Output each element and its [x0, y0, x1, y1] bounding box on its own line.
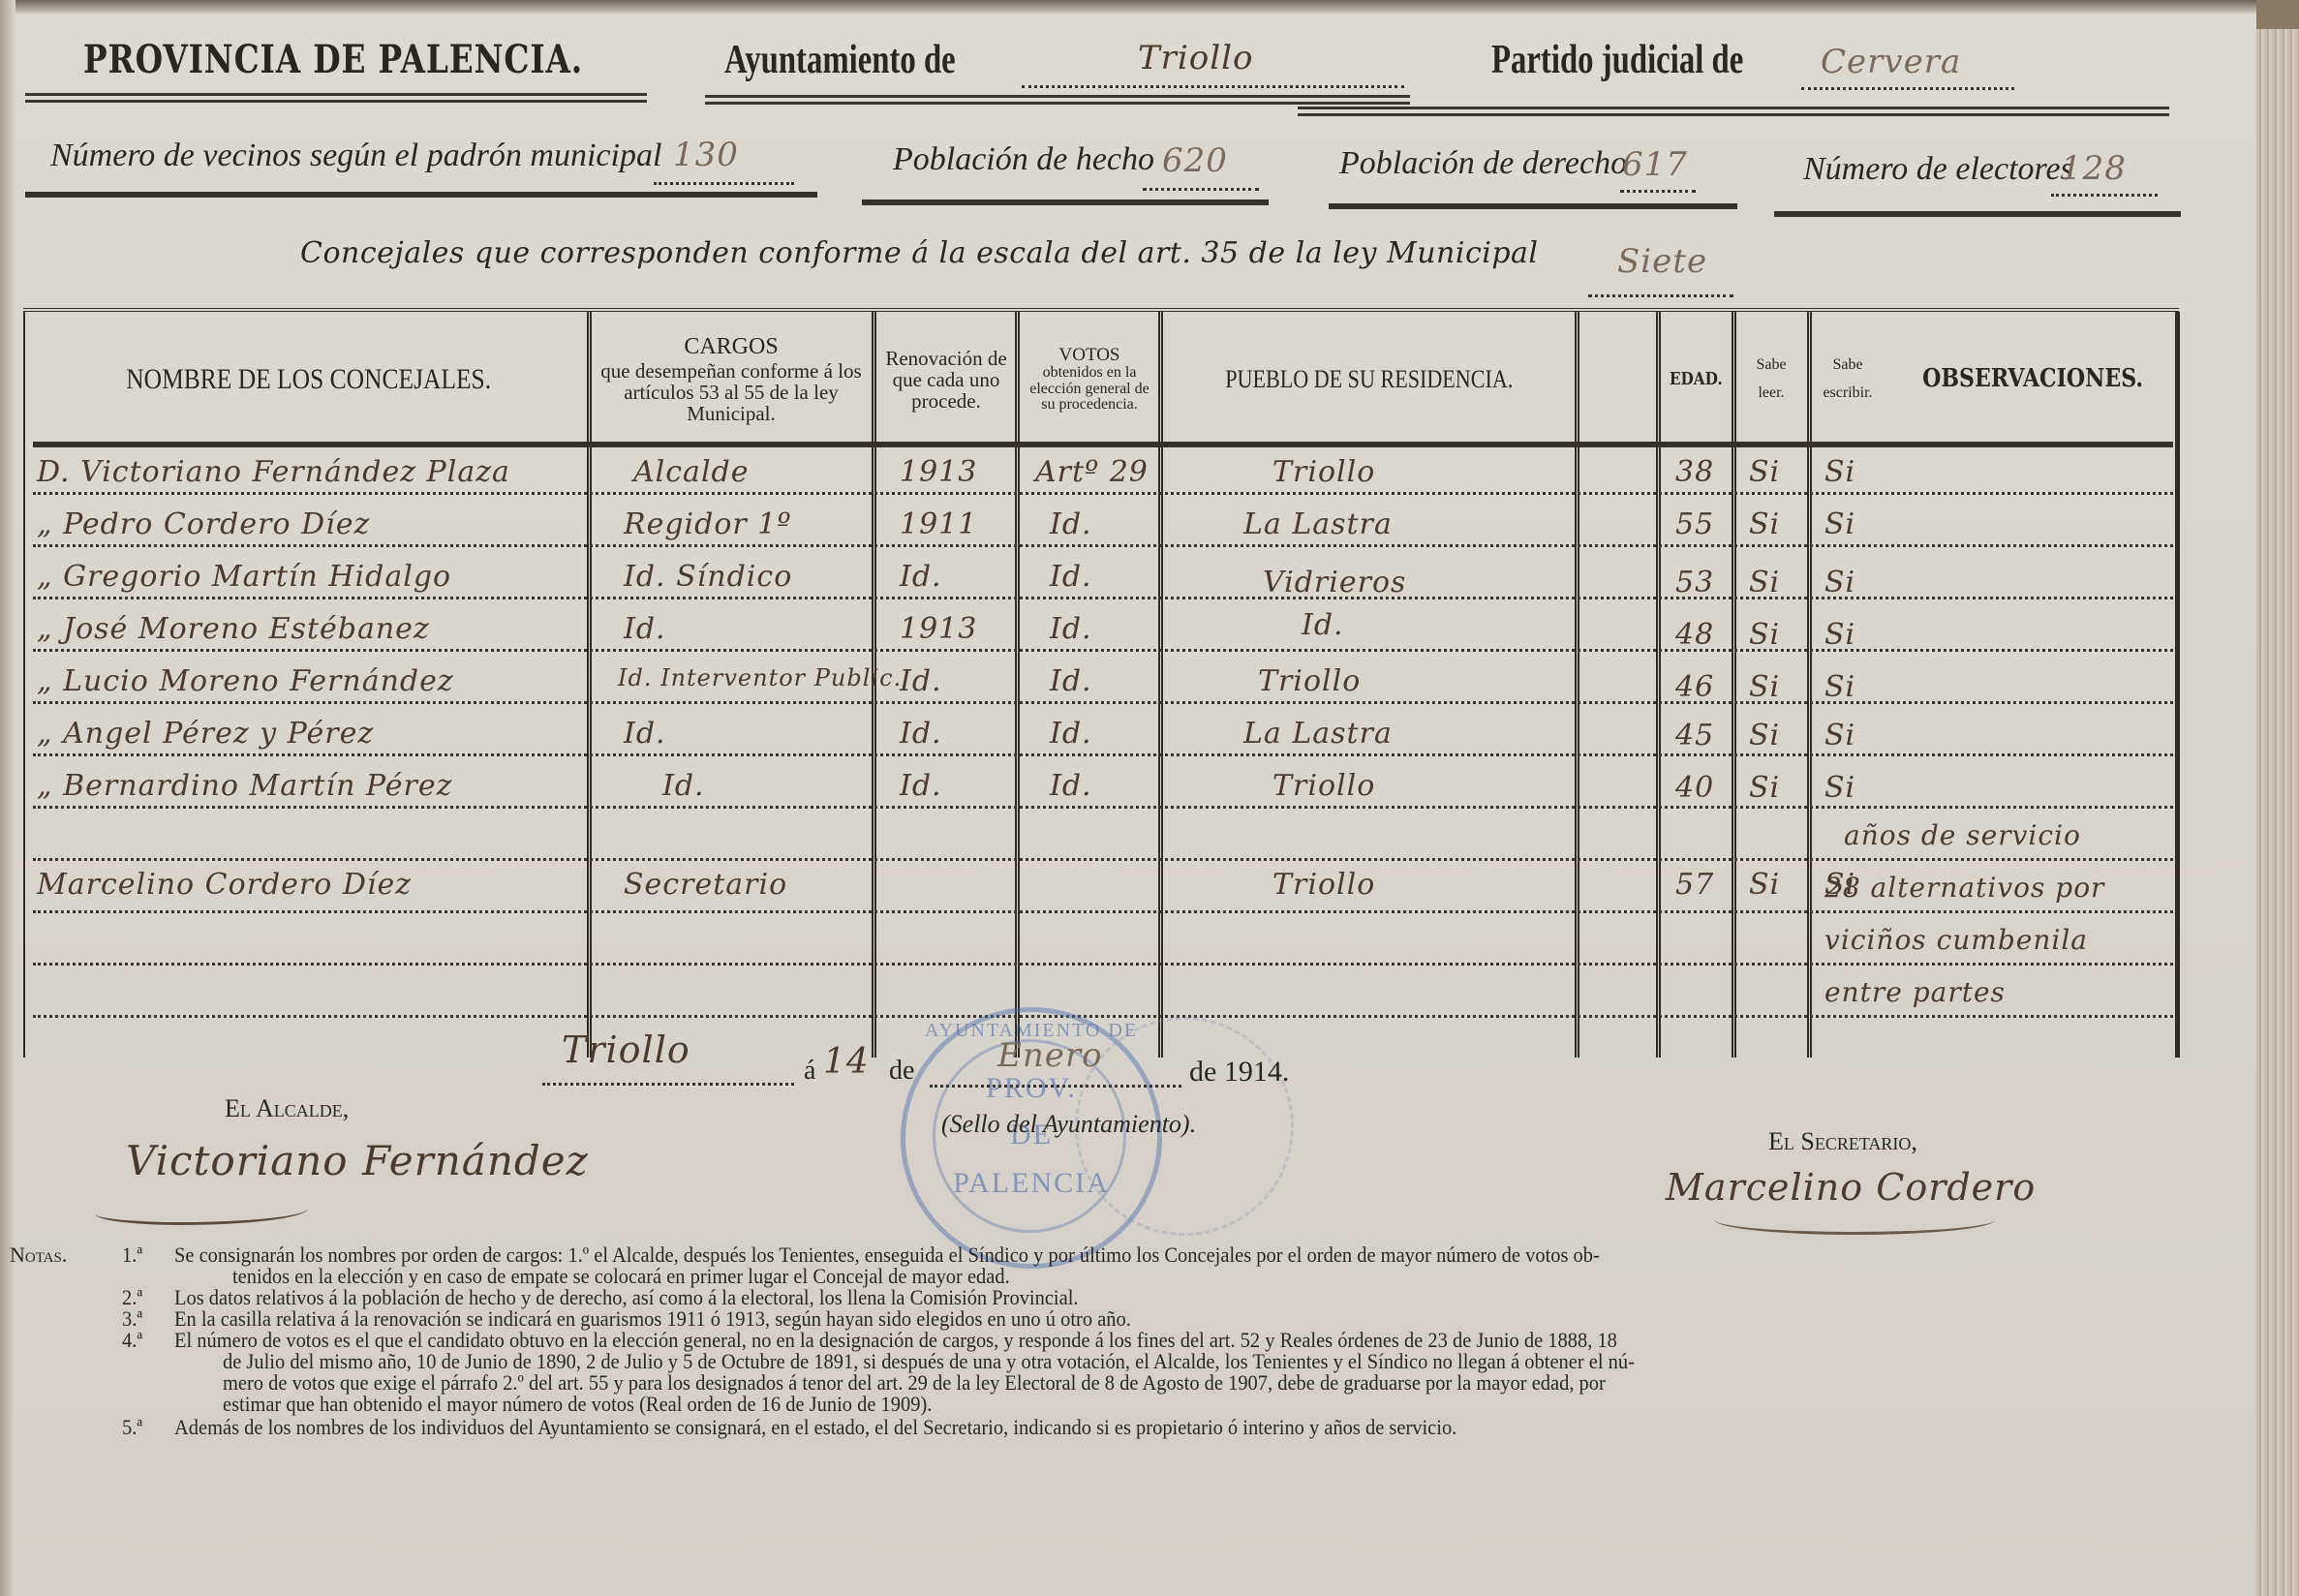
place-field: Triollo	[542, 1073, 794, 1086]
note-5-text: Además de los nombres de los individuos …	[174, 1418, 1456, 1437]
header-edad: EDAD.	[1662, 322, 1730, 438]
row-rule	[33, 1015, 2173, 1018]
concejales-value: Siete	[1617, 242, 1707, 281]
row-7-edad: 57	[1675, 868, 1714, 902]
electores-field: 128	[2051, 180, 2158, 197]
row-rule	[33, 858, 2173, 861]
observation-line-4: entre partes	[1824, 976, 2006, 1008]
header-text: VOTOS	[1059, 346, 1120, 365]
header-cargos: CARGOS que desempeñan conforme á los art…	[593, 322, 870, 438]
row-4-cargo: Id. Interventor Public.	[618, 664, 902, 691]
row-4-edad: 46	[1675, 670, 1714, 704]
day-value: 14	[823, 1042, 870, 1082]
note-4-cont: de Julio del mismo año, 10 de Junio de 1…	[223, 1352, 1635, 1371]
concejales-label: Concejales que corresponden conforme á l…	[300, 236, 1539, 270]
column-rule	[587, 312, 592, 1058]
concejales-table: NOMBRE DE LOS CONCEJALES. CARGOS que des…	[23, 308, 2179, 1058]
secretario-signature: Marcelino Cordero	[1666, 1166, 2036, 1209]
row-1-pueblo: La Lastra	[1243, 507, 1393, 541]
province-title: PROVINCIA DE PALENCIA.	[83, 37, 583, 82]
book-page-edges	[2256, 29, 2299, 1596]
note-5-num: 5.ª	[122, 1418, 142, 1437]
row-6-votos: Id.	[1050, 769, 1092, 803]
partido-label: Partido judicial de	[1491, 37, 1743, 83]
row-1-leer: Si	[1749, 507, 1780, 541]
header-observaciones: OBSERVACIONES.	[1815, 322, 2173, 438]
row-3-votos: Id.	[1050, 612, 1092, 646]
vecinos-label: Número de vecinos según el padrón munici…	[50, 138, 661, 174]
signature-flourish	[95, 1197, 308, 1225]
de-label: de	[889, 1056, 914, 1087]
row-3-escribir: Si	[1824, 618, 1855, 652]
binding-shadow	[0, 0, 15, 1596]
row-0-escribir: Si	[1824, 455, 1855, 489]
header-text: EDAD.	[1670, 371, 1723, 389]
note-2-num: 2.ª	[122, 1288, 142, 1307]
divider	[25, 192, 817, 198]
row-6-edad: 40	[1675, 771, 1714, 805]
row-0-edad: 38	[1675, 455, 1714, 489]
row-1-nombre: „ Pedro Cordero Díez	[37, 507, 370, 541]
header-nombre: NOMBRE DE LOS CONCEJALES.	[33, 322, 585, 438]
derecho-field: 617	[1620, 174, 1696, 193]
observation-line-3: viciños cumbenila	[1824, 924, 2088, 956]
divider	[1329, 203, 1737, 209]
divider	[862, 199, 1269, 205]
divider	[705, 95, 1410, 105]
divider	[1774, 211, 2181, 217]
row-rule	[33, 806, 2173, 809]
partido-value: Cervera	[1821, 43, 1961, 81]
month-value: Enero	[997, 1036, 1103, 1075]
row-2-votos: Id.	[1050, 560, 1092, 594]
row-6-nombre: „ Bernardino Martín Pérez	[37, 769, 452, 803]
a-label: á	[804, 1056, 815, 1087]
row-3-leer: Si	[1749, 618, 1780, 652]
header-subtext: que desempeñan conforme á los artículos …	[600, 360, 862, 424]
header-text: NOMBRE DE LOS CONCEJALES.	[127, 364, 492, 395]
row-2-nombre: „ Gregorio Martín Hidalgo	[37, 560, 451, 594]
observation-line-2: 28 alternativos por	[1824, 872, 2104, 904]
row-3-pueblo: Id.	[1302, 608, 1344, 642]
row-5-cargo: Id.	[624, 717, 666, 751]
column-rule	[1158, 312, 1163, 1058]
year-label: de 1914.	[1189, 1056, 1289, 1089]
header-text: Renovación de que cada uno procede.	[883, 348, 1009, 412]
note-4-cont: mero de votos que exige el párrafo 2.º d…	[223, 1373, 1606, 1393]
row-rule	[33, 753, 2173, 756]
row-6-cargo: Id.	[662, 769, 705, 803]
row-1-votos: Id.	[1050, 507, 1092, 541]
hecho-label: Población de hecho	[893, 141, 1154, 178]
row-0-nombre: D. Victoriano Fernández Plaza	[37, 455, 510, 489]
column-rule	[2175, 312, 2180, 1058]
row-2-escribir: Si	[1824, 566, 1855, 599]
column-rule	[1807, 312, 1812, 1058]
alcalde-signature: Victoriano Fernández	[126, 1137, 589, 1184]
row-4-renovacion: Id.	[900, 664, 942, 698]
row-1-escribir: Si	[1824, 507, 1855, 541]
row-7-pueblo: Triollo	[1272, 868, 1375, 902]
row-7-leer: Si	[1749, 868, 1780, 902]
row-5-edad: 45	[1675, 719, 1714, 752]
hecho-field: 620	[1143, 170, 1259, 191]
electores-label: Número de electores	[1803, 151, 2073, 188]
ayuntamiento-field: Triollo	[1022, 60, 1404, 88]
vecinos-field: 130	[654, 163, 794, 185]
place-value: Triollo	[562, 1028, 690, 1071]
month-field: Enero	[930, 1079, 1181, 1088]
partido-field: Cervera	[1801, 66, 2014, 90]
header-leer: Sabe leer.	[1737, 322, 1805, 438]
row-4-nombre: „ Lucio Moreno Fernández	[37, 664, 454, 698]
observation-line-1: años de servicio	[1844, 819, 2081, 851]
row-5-escribir: Si	[1824, 719, 1855, 752]
row-0-leer: Si	[1749, 455, 1780, 489]
signature-flourish	[1714, 1205, 1995, 1235]
header-text: PUEBLO DE SU RESIDENCIA.	[1225, 366, 1513, 392]
concejales-field: Siete	[1588, 281, 1733, 297]
header-pueblo: PUEBLO DE SU RESIDENCIA.	[1166, 322, 1573, 438]
note-1-text: Se consignarán los nombres por orden de …	[174, 1245, 1600, 1265]
row-0-pueblo: Triollo	[1272, 455, 1375, 489]
hecho-value: 620	[1162, 141, 1228, 180]
derecho-label: Población de derecho	[1339, 145, 1627, 182]
row-4-escribir: Si	[1824, 670, 1855, 704]
row-0-cargo: Alcalde	[633, 455, 750, 489]
row-2-renovacion: Id.	[900, 560, 942, 594]
alcalde-label: El Alcalde,	[225, 1094, 349, 1123]
row-3-cargo: Id.	[624, 612, 666, 646]
row-3-renovacion: 1913	[900, 612, 977, 646]
note-1-cont: tenidos en la elección y en caso de empa…	[232, 1267, 1010, 1286]
row-4-leer: Si	[1749, 670, 1780, 704]
column-rule	[1575, 312, 1579, 1058]
column-rule	[1015, 312, 1020, 1058]
row-6-pueblo: Triollo	[1272, 769, 1375, 803]
row-5-nombre: „ Angel Pérez y Pérez	[37, 717, 374, 751]
header-subtext: obtenidos en la elección general de su p…	[1025, 365, 1154, 414]
secretario-label: El Secretario,	[1768, 1127, 1917, 1156]
document-page: PROVINCIA DE PALENCIA. Ayuntamiento de T…	[0, 0, 2256, 1596]
header-text: CARGOS	[684, 335, 778, 359]
note-2-text: Los datos relativos á la población de he…	[174, 1288, 1078, 1307]
vecinos-value: 130	[673, 136, 739, 174]
divider	[1298, 107, 2169, 116]
note-1-num: 1.ª	[122, 1245, 142, 1265]
row-5-votos: Id.	[1050, 717, 1092, 751]
row-5-pueblo: La Lastra	[1243, 717, 1393, 751]
header-text: Sabe leer.	[1742, 352, 1800, 408]
row-rule	[33, 963, 2173, 966]
row-0-votos: Artº 29	[1035, 455, 1149, 489]
row-2-pueblo: Vidrieros	[1263, 566, 1406, 599]
column-rule	[1732, 312, 1736, 1058]
seal-caption: (Sello del Ayuntamiento).	[941, 1110, 1196, 1139]
row-2-edad: 53	[1675, 566, 1714, 599]
derecho-value: 617	[1622, 145, 1688, 184]
row-5-renovacion: Id.	[900, 717, 942, 751]
row-2-leer: Si	[1749, 566, 1780, 599]
row-6-escribir: Si	[1824, 771, 1855, 805]
row-1-edad: 55	[1675, 507, 1714, 541]
row-3-edad: 48	[1675, 618, 1714, 652]
note-4-cont: estimar que han obtenido el mayor número…	[223, 1395, 932, 1414]
row-3-nombre: „ José Moreno Estébanez	[37, 612, 430, 646]
header-votos: VOTOS obtenidos en la elección general d…	[1023, 322, 1156, 438]
note-4-num: 4.ª	[122, 1331, 142, 1350]
note-4-text: El número de votos es el que el candidat…	[174, 1331, 1617, 1350]
header-separator	[33, 442, 2173, 447]
row-7-nombre: Marcelino Cordero Díez	[37, 868, 412, 902]
row-6-leer: Si	[1749, 771, 1780, 805]
note-3-num: 3.ª	[122, 1309, 142, 1329]
ayuntamiento-label: Ayuntamiento de	[724, 37, 956, 83]
column-rule	[23, 312, 25, 1058]
row-0-renovacion: 1913	[900, 455, 977, 489]
note-3-text: En la casilla relativa á la renovación s…	[174, 1309, 1131, 1329]
row-2-cargo: Id. Síndico	[624, 560, 792, 594]
header-renovacion: Renovación de que cada uno procede.	[879, 322, 1013, 438]
row-5-leer: Si	[1749, 719, 1780, 752]
row-rule	[33, 910, 2173, 913]
row-1-cargo: Regidor 1º	[624, 507, 791, 541]
row-6-renovacion: Id.	[900, 769, 942, 803]
notes-label: Notas.	[10, 1245, 67, 1265]
row-7-cargo: Secretario	[624, 868, 787, 902]
header-text: OBSERVACIONES.	[1922, 366, 2143, 392]
page-top-shadow	[0, 0, 2256, 14]
row-rule	[33, 492, 2173, 495]
row-4-votos: Id.	[1050, 664, 1092, 698]
ayuntamiento-value: Triollo	[1138, 39, 1254, 77]
row-1-renovacion: 1911	[900, 507, 977, 541]
column-rule	[1656, 312, 1661, 1058]
electores-value: 128	[2061, 149, 2127, 188]
row-rule	[33, 544, 2173, 547]
divider	[25, 93, 647, 103]
row-4-pueblo: Triollo	[1258, 664, 1361, 698]
